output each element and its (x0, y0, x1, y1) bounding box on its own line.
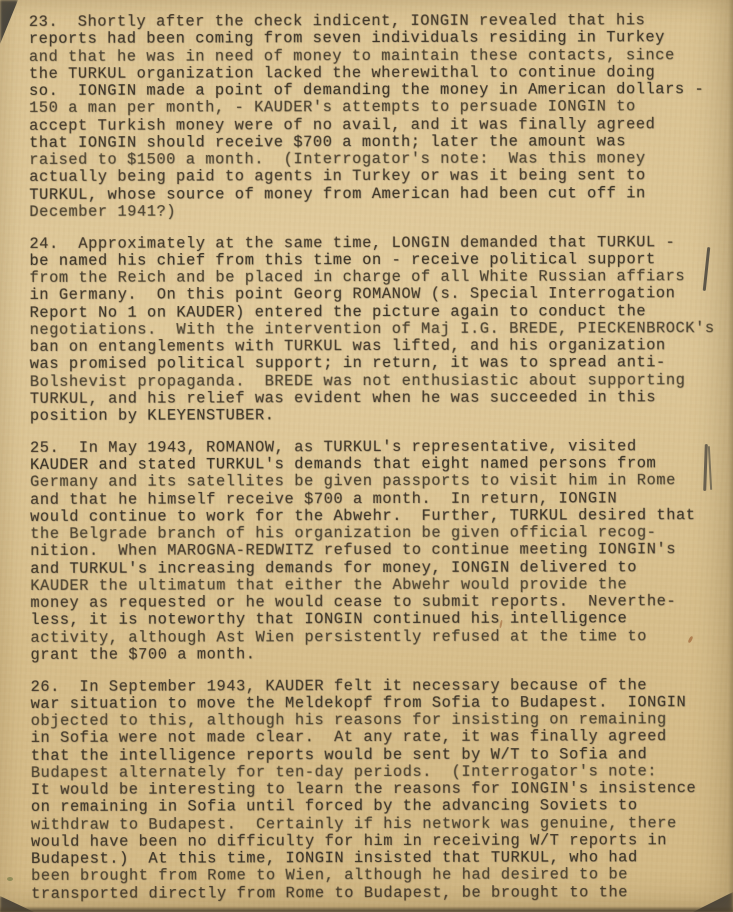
age-speck (7, 877, 13, 881)
paragraph-26: 26. In September 1943, KAUDER felt it ne… (31, 677, 732, 903)
page-corner-shadow-topleft (0, 0, 18, 44)
page-edge-shadow-bottom (0, 907, 733, 912)
text-line: grant the $700 a month. (30, 645, 730, 664)
text-line: December 1941?) (29, 202, 729, 221)
text-line: transported directly from Rome to Budape… (31, 884, 731, 903)
paragraph-23: 23. Shortly after the check indicent, IO… (29, 12, 730, 221)
paragraph-24: 24. Approximately at the same time, LONG… (29, 234, 729, 426)
text-line: position by KLEYENSTUBER. (30, 406, 730, 425)
paragraph-25: 25. In May 1943, ROMANOW, as TURKUL's re… (30, 438, 731, 664)
text-line: activity, although Ast Wien persistently… (30, 628, 730, 647)
document-page: 23. Shortly after the check indicent, IO… (0, 0, 733, 912)
document-text: 23. Shortly after the check indicent, IO… (29, 12, 731, 912)
page-edge-shadow-right (728, 0, 733, 912)
text-line: TURKUL, and his relief was evident when … (30, 389, 730, 408)
text-line: Germany and its satellites be given pass… (30, 472, 730, 491)
text-line: TURKUL, whose source of money from Ameri… (29, 185, 729, 204)
